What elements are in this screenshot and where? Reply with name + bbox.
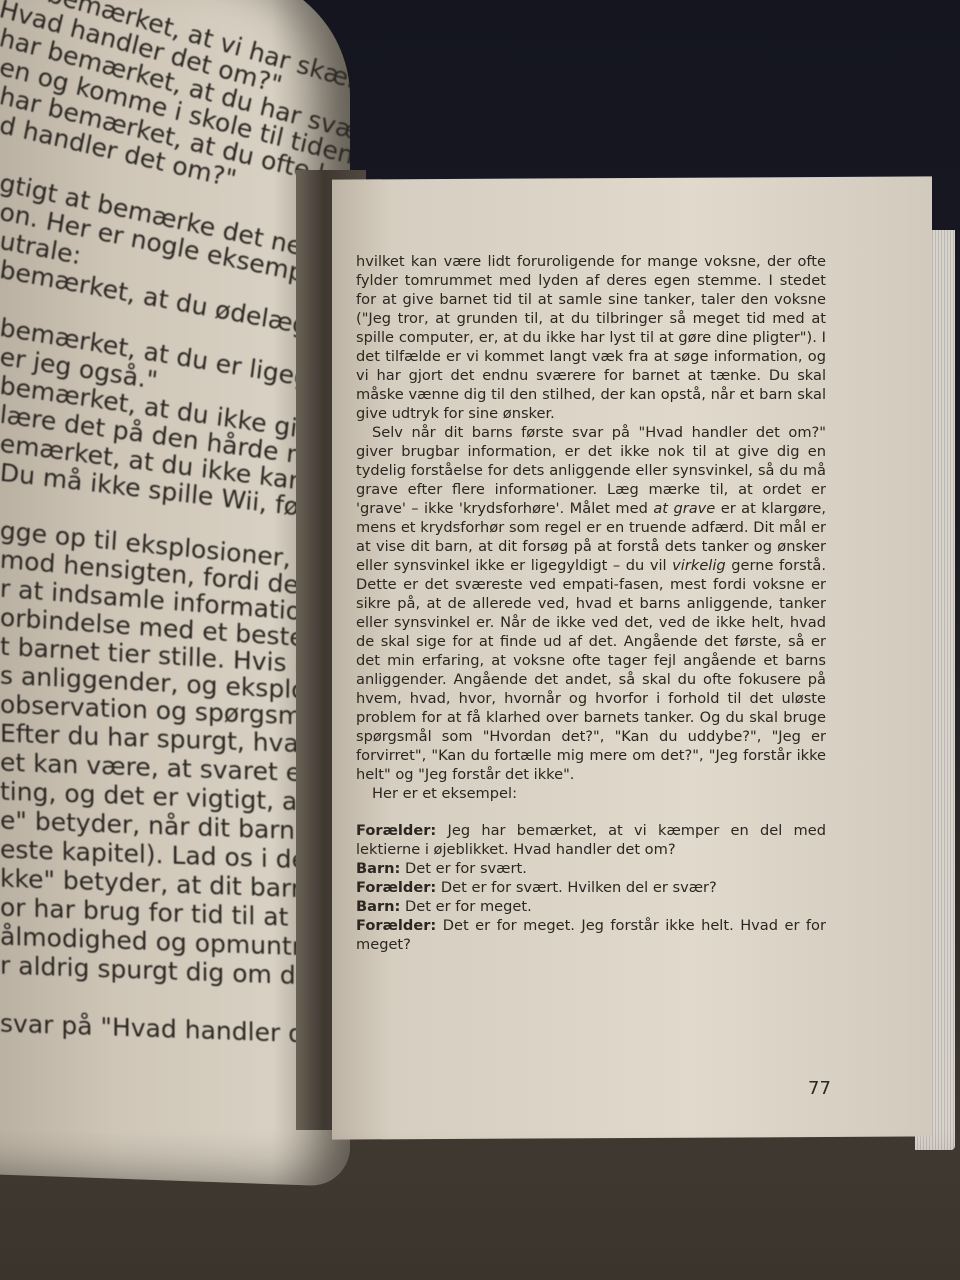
emphasis-virkelig: virkelig [672, 557, 726, 574]
dialog-line: Barn: Det er for svært. [356, 859, 826, 878]
dialog-line: Forælder: Det er for meget. Jeg forstår … [356, 916, 826, 954]
page-number: 77 [808, 1078, 831, 1099]
dialog-line: Forælder: Jeg har bemærket, at vi kæmper… [356, 821, 826, 859]
paragraph-2-text-c: gerne forstå. Dette er det sværeste ved … [356, 557, 826, 783]
dialog-line: Forælder: Det er for svært. Hvilken del … [356, 878, 826, 897]
dialog-example: Forælder: Jeg har bemærket, at vi kæmper… [356, 821, 826, 954]
paragraph-1: hvilket kan være lidt foruroligende for … [356, 252, 826, 423]
paragraph-2: Selv når dit barns første svar på "Hvad … [356, 423, 826, 784]
speaker-label: Barn: [356, 898, 400, 915]
dialog-text: Det er for meget. [400, 898, 531, 915]
speaker-label: Forælder: [356, 917, 436, 934]
dialog-text: Det er for svært. Hvilken del er svær? [436, 879, 717, 896]
speaker-label: Forælder: [356, 879, 436, 896]
paragraph-3: Her er et eksempel: [356, 784, 826, 803]
speaker-label: Forælder: [356, 822, 436, 839]
emphasis-at-grave: at grave [653, 500, 715, 517]
right-page-text: hvilket kan være lidt foruroligende for … [356, 252, 826, 954]
speaker-label: Barn: [356, 860, 400, 877]
dialog-line: Barn: Det er for meget. [356, 897, 826, 916]
bottom-shadow [0, 1130, 960, 1280]
dialog-text: Det er for svært. [400, 860, 526, 877]
